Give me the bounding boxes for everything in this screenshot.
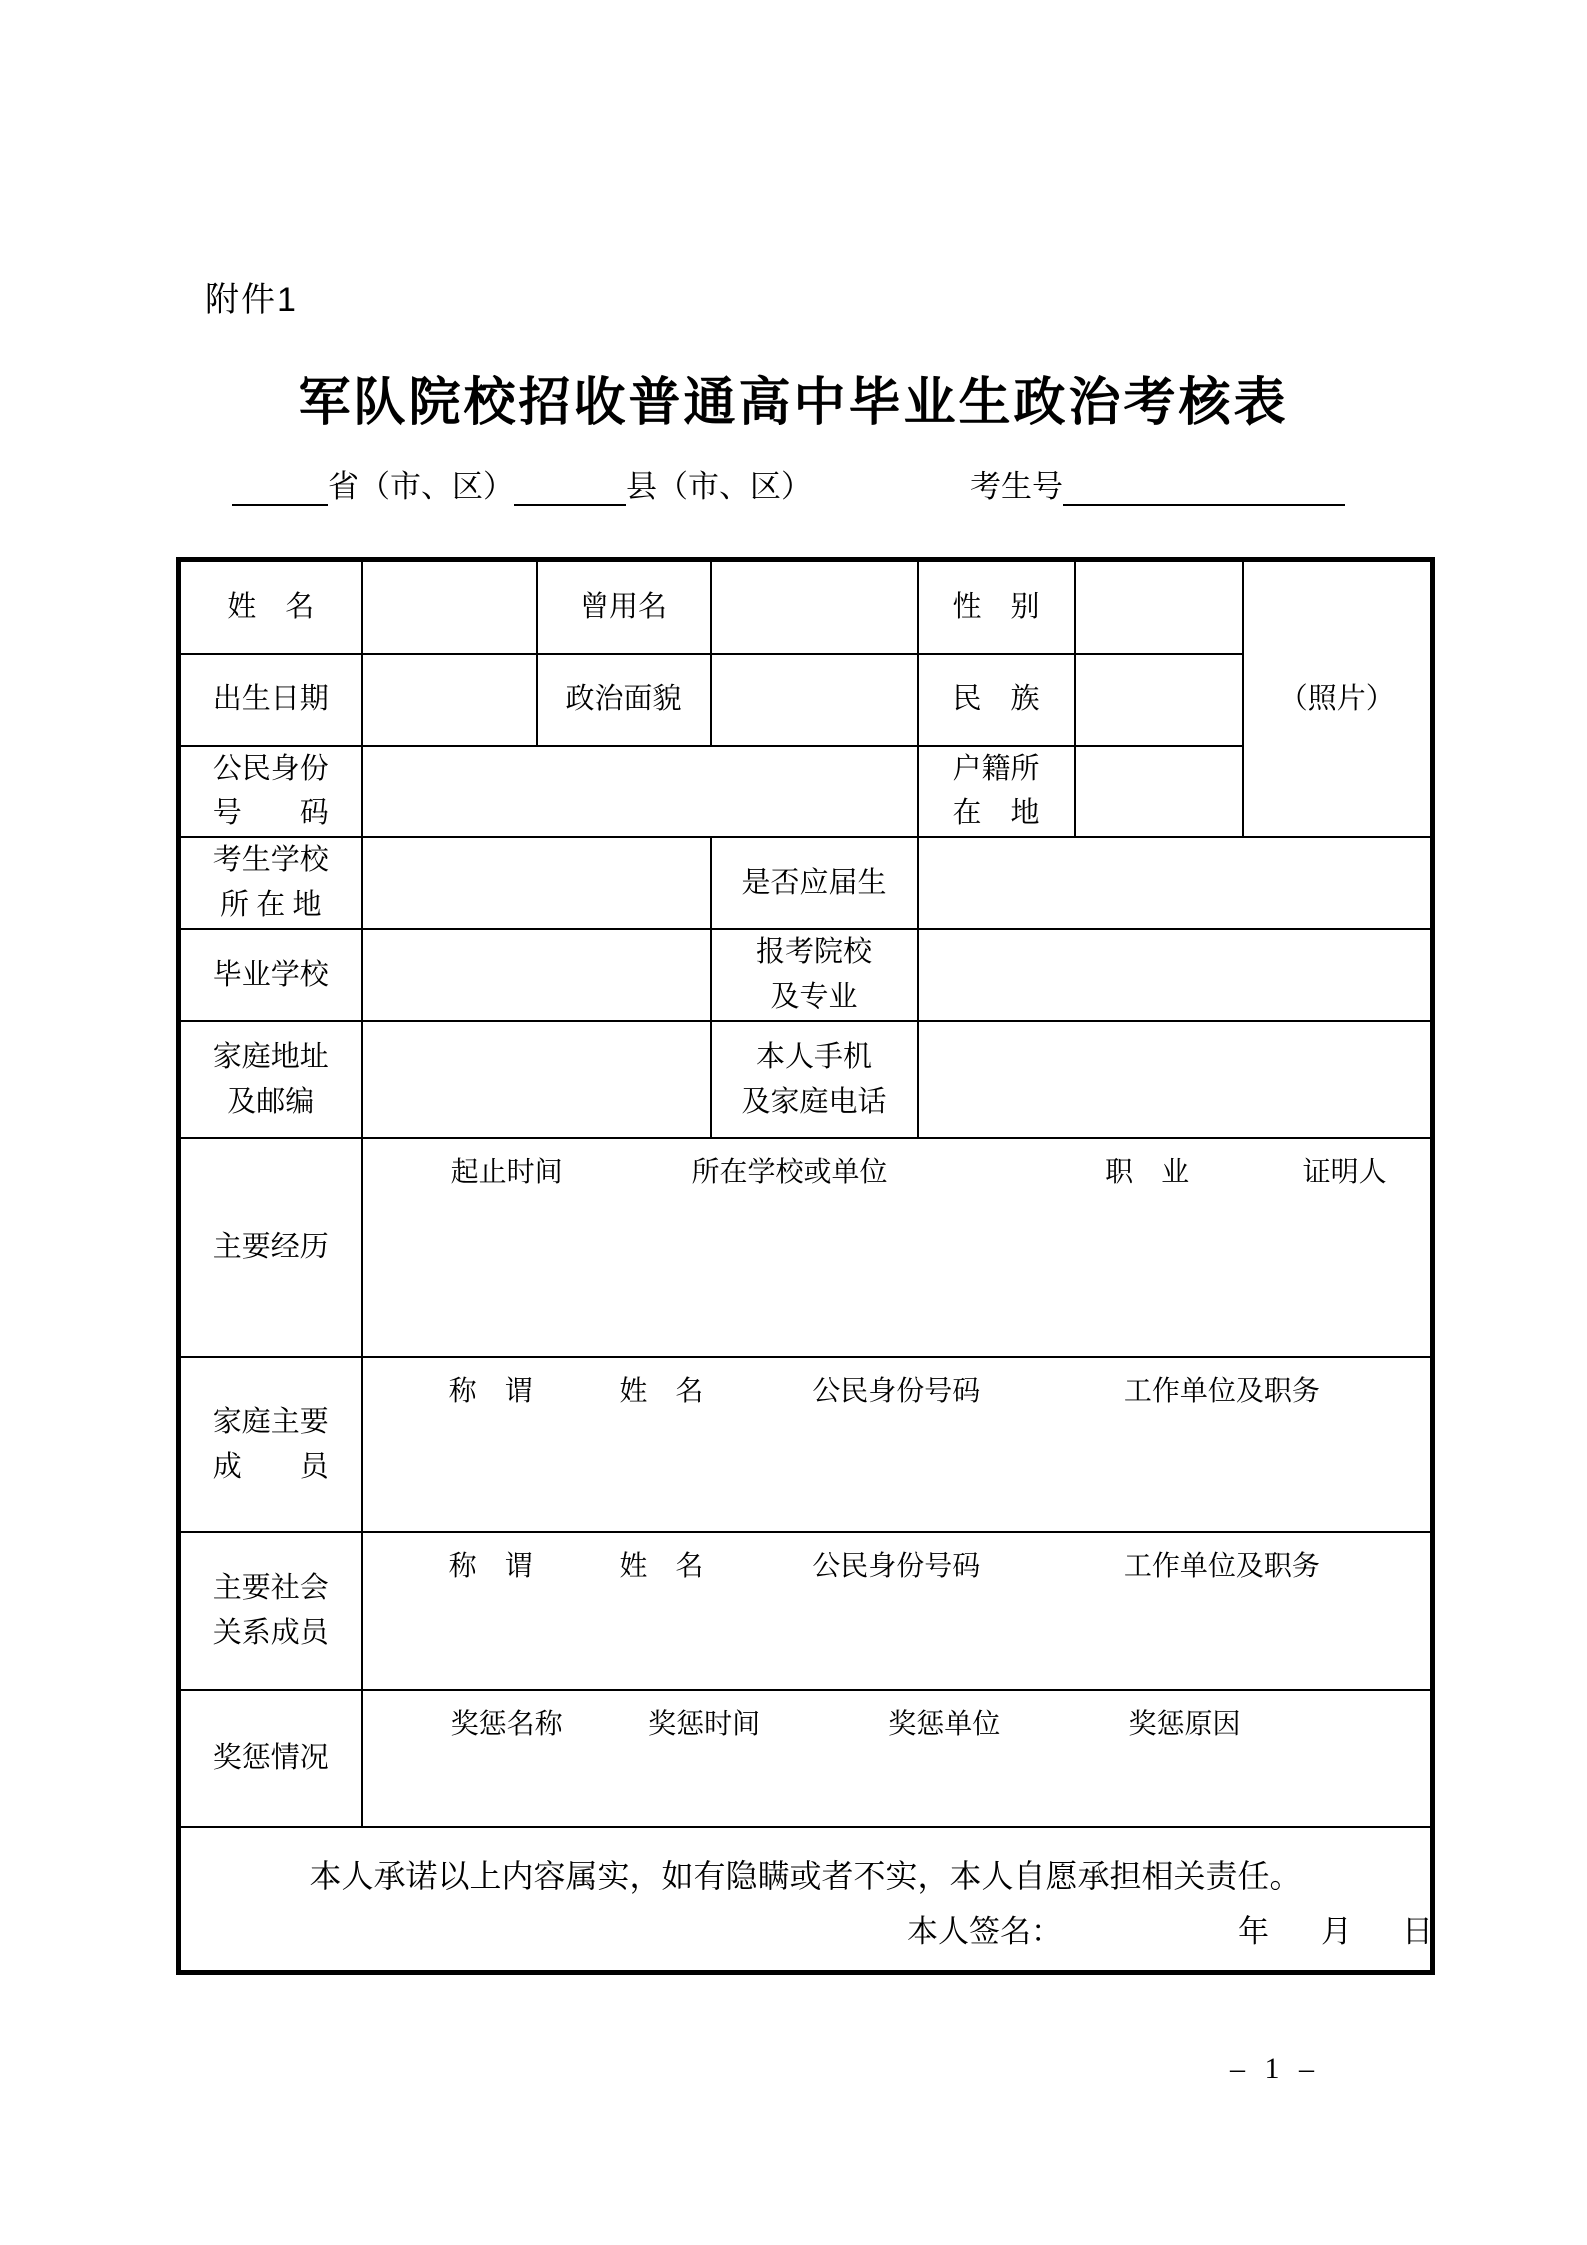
pledge-cell: 本人承诺以上内容属实，如有隐瞒或者不实，本人自愿承担相关责任。 本人签名： 年 … (179, 1827, 1433, 1972)
home-address-label-cell: 家庭地址 及邮编 (179, 1021, 362, 1138)
family-header-employer: 工作单位及职务 (1124, 1370, 1320, 1413)
applied-academy-value-cell (918, 929, 1433, 1021)
applied-academy-label-cell: 报考院校 及专业 (711, 929, 918, 1021)
home-address-label-line1: 家庭地址 (181, 1035, 361, 1080)
row-graduate-school: 毕业学校 报考院校 及专业 (179, 929, 1433, 1021)
ethnicity-value-cell (1075, 654, 1243, 746)
id-number-label-cell: 公民身份 号 码 (179, 746, 362, 838)
rewards-header-time: 奖惩时间 (648, 1703, 760, 1746)
experience-header-period: 起止时间 (451, 1151, 563, 1194)
birth-date-value-cell (362, 654, 537, 746)
social-header-relation: 称 谓 (449, 1545, 533, 1588)
experience-header-school: 所在学校或单位 (691, 1151, 887, 1194)
social-relations-label-line2: 关系成员 (181, 1611, 361, 1656)
phone-value-cell (918, 1021, 1433, 1138)
family-members-label-cell: 家庭主要 成 员 (179, 1357, 362, 1532)
region-line: 省（市、区） 县（市、区） 考生号 (232, 460, 1345, 506)
social-header-employer: 工作单位及职务 (1124, 1545, 1320, 1588)
experience-header-witness: 证明人 (1303, 1151, 1387, 1194)
experience-label-cell: 主要经历 (179, 1138, 362, 1357)
home-address-label-line2: 及邮编 (181, 1080, 361, 1125)
candidate-number-blank-line (1063, 466, 1345, 506)
experience-header-row: 起止时间 所在学校或单位 职 业 证明人 (363, 1139, 1431, 1199)
political-status-value-cell (711, 654, 918, 746)
applied-academy-label-line1: 报考院校 (712, 930, 917, 975)
id-number-value-cell (362, 746, 918, 838)
school-location-label-line2: 所 在 地 (181, 883, 361, 928)
school-location-label-cell: 考生学校 所 在 地 (179, 837, 362, 929)
graduate-school-value-cell (362, 929, 711, 1021)
family-header-relation: 称 谓 (449, 1370, 533, 1413)
rewards-label-cell: 奖惩情况 (179, 1690, 362, 1827)
document-page: 附件1 军队院校招收普通高中毕业生政治考核表 省（市、区） 县（市、区） 考生号… (0, 0, 1587, 2245)
province-suffix-label: 省（市、区） (328, 461, 514, 506)
photo-cell: （照片） (1243, 560, 1433, 838)
row-family-members: 家庭主要 成 员 称 谓 姓 名 公民身份号码 工作单位及职务 (179, 1357, 1433, 1532)
attachment-label: 附件1 (205, 272, 298, 321)
social-relations-header-row: 称 谓 姓 名 公民身份号码 工作单位及职务 (363, 1533, 1431, 1593)
family-header-name: 姓 名 (619, 1370, 703, 1413)
row-name: 姓 名 曾用名 性 别 （照片） (179, 560, 1433, 654)
gender-label-cell: 性 别 (918, 560, 1075, 654)
signature-label: 本人签名： (907, 1908, 1062, 1956)
candidate-number-label: 考生号 (970, 461, 1063, 506)
social-header-id-number: 公民身份号码 (812, 1545, 980, 1588)
county-suffix-label: 县（市、区） (626, 461, 812, 506)
former-name-label-cell: 曾用名 (537, 560, 711, 654)
fresh-graduate-value-cell (918, 837, 1433, 929)
page-title: 军队院校招收普通高中毕业生政治考核表 (0, 360, 1587, 435)
id-number-label-line1: 公民身份 (181, 747, 361, 792)
family-members-content-cell: 称 谓 姓 名 公民身份号码 工作单位及职务 (362, 1357, 1433, 1532)
experience-header-occupation: 职 业 (1105, 1151, 1189, 1194)
family-members-label-line1: 家庭主要 (181, 1400, 361, 1445)
graduate-school-label-cell: 毕业学校 (179, 929, 362, 1021)
row-pledge: 本人承诺以上内容属实，如有隐瞒或者不实，本人自愿承担相关责任。 本人签名： 年 … (179, 1827, 1433, 1972)
experience-content-cell: 起止时间 所在学校或单位 职 业 证明人 (362, 1138, 1433, 1357)
school-location-label-line1: 考生学校 (181, 838, 361, 883)
assessment-form-table: 姓 名 曾用名 性 别 （照片） 出生日期 政治面貌 民 族 公民身份 号 码 … (176, 557, 1435, 1975)
social-relations-label-cell: 主要社会 关系成员 (179, 1532, 362, 1690)
id-number-label-line2: 号 码 (181, 791, 361, 836)
county-blank-line (514, 466, 626, 506)
home-address-value-cell (362, 1021, 711, 1138)
signature-month-label: 月 (1321, 1908, 1352, 1956)
social-header-name: 姓 名 (619, 1545, 703, 1588)
social-relations-content-cell: 称 谓 姓 名 公民身份号码 工作单位及职务 (362, 1532, 1433, 1690)
name-value-cell (362, 560, 537, 654)
hukou-value-cell (1075, 746, 1243, 838)
rewards-header-unit: 奖惩单位 (888, 1703, 1000, 1746)
rewards-header-reason: 奖惩原因 (1128, 1703, 1240, 1746)
page-number: – 1 – (1195, 2052, 1355, 2086)
province-blank-line (232, 466, 328, 506)
pledge-text: 本人承诺以上内容属实，如有隐瞒或者不实，本人自愿承担相关责任。 (181, 1828, 1430, 1902)
applied-academy-label-line2: 及专业 (712, 975, 917, 1020)
fresh-graduate-label-cell: 是否应届生 (711, 837, 918, 929)
family-header-id-number: 公民身份号码 (812, 1370, 980, 1413)
hukou-label-line2: 在 地 (919, 791, 1074, 836)
row-social-relations: 主要社会 关系成员 称 谓 姓 名 公民身份号码 工作单位及职务 (179, 1532, 1433, 1690)
hukou-label-line1: 户籍所 (919, 747, 1074, 792)
row-rewards-punishments: 奖惩情况 奖惩名称 奖惩时间 奖惩单位 奖惩原因 (179, 1690, 1433, 1827)
rewards-header-row: 奖惩名称 奖惩时间 奖惩单位 奖惩原因 (363, 1691, 1431, 1751)
name-label-cell: 姓 名 (179, 560, 362, 654)
family-members-label-line2: 成 员 (181, 1445, 361, 1490)
phone-label-line2: 及家庭电话 (712, 1080, 917, 1125)
gender-value-cell (1075, 560, 1243, 654)
rewards-header-name: 奖惩名称 (451, 1703, 563, 1746)
phone-label-line1: 本人手机 (712, 1035, 917, 1080)
rewards-content-cell: 奖惩名称 奖惩时间 奖惩单位 奖惩原因 (362, 1690, 1433, 1827)
family-members-header-row: 称 谓 姓 名 公民身份号码 工作单位及职务 (363, 1358, 1431, 1418)
row-experience: 主要经历 起止时间 所在学校或单位 职 业 证明人 (179, 1138, 1433, 1357)
birth-date-label-cell: 出生日期 (179, 654, 362, 746)
hukou-label-cell: 户籍所 在 地 (918, 746, 1075, 838)
ethnicity-label-cell: 民 族 (918, 654, 1075, 746)
row-school-location: 考生学校 所 在 地 是否应届生 (179, 837, 1433, 929)
social-relations-label-line1: 主要社会 (181, 1566, 361, 1611)
signature-line: 本人签名： 年 月 日 (907, 1908, 1433, 1956)
political-status-label-cell: 政治面貌 (537, 654, 711, 746)
former-name-value-cell (711, 560, 918, 654)
row-home-address: 家庭地址 及邮编 本人手机 及家庭电话 (179, 1021, 1433, 1138)
school-location-value-cell (362, 837, 711, 929)
signature-day-label: 日 (1402, 1908, 1433, 1956)
phone-label-cell: 本人手机 及家庭电话 (711, 1021, 918, 1138)
signature-year-label: 年 (1238, 1908, 1269, 1956)
